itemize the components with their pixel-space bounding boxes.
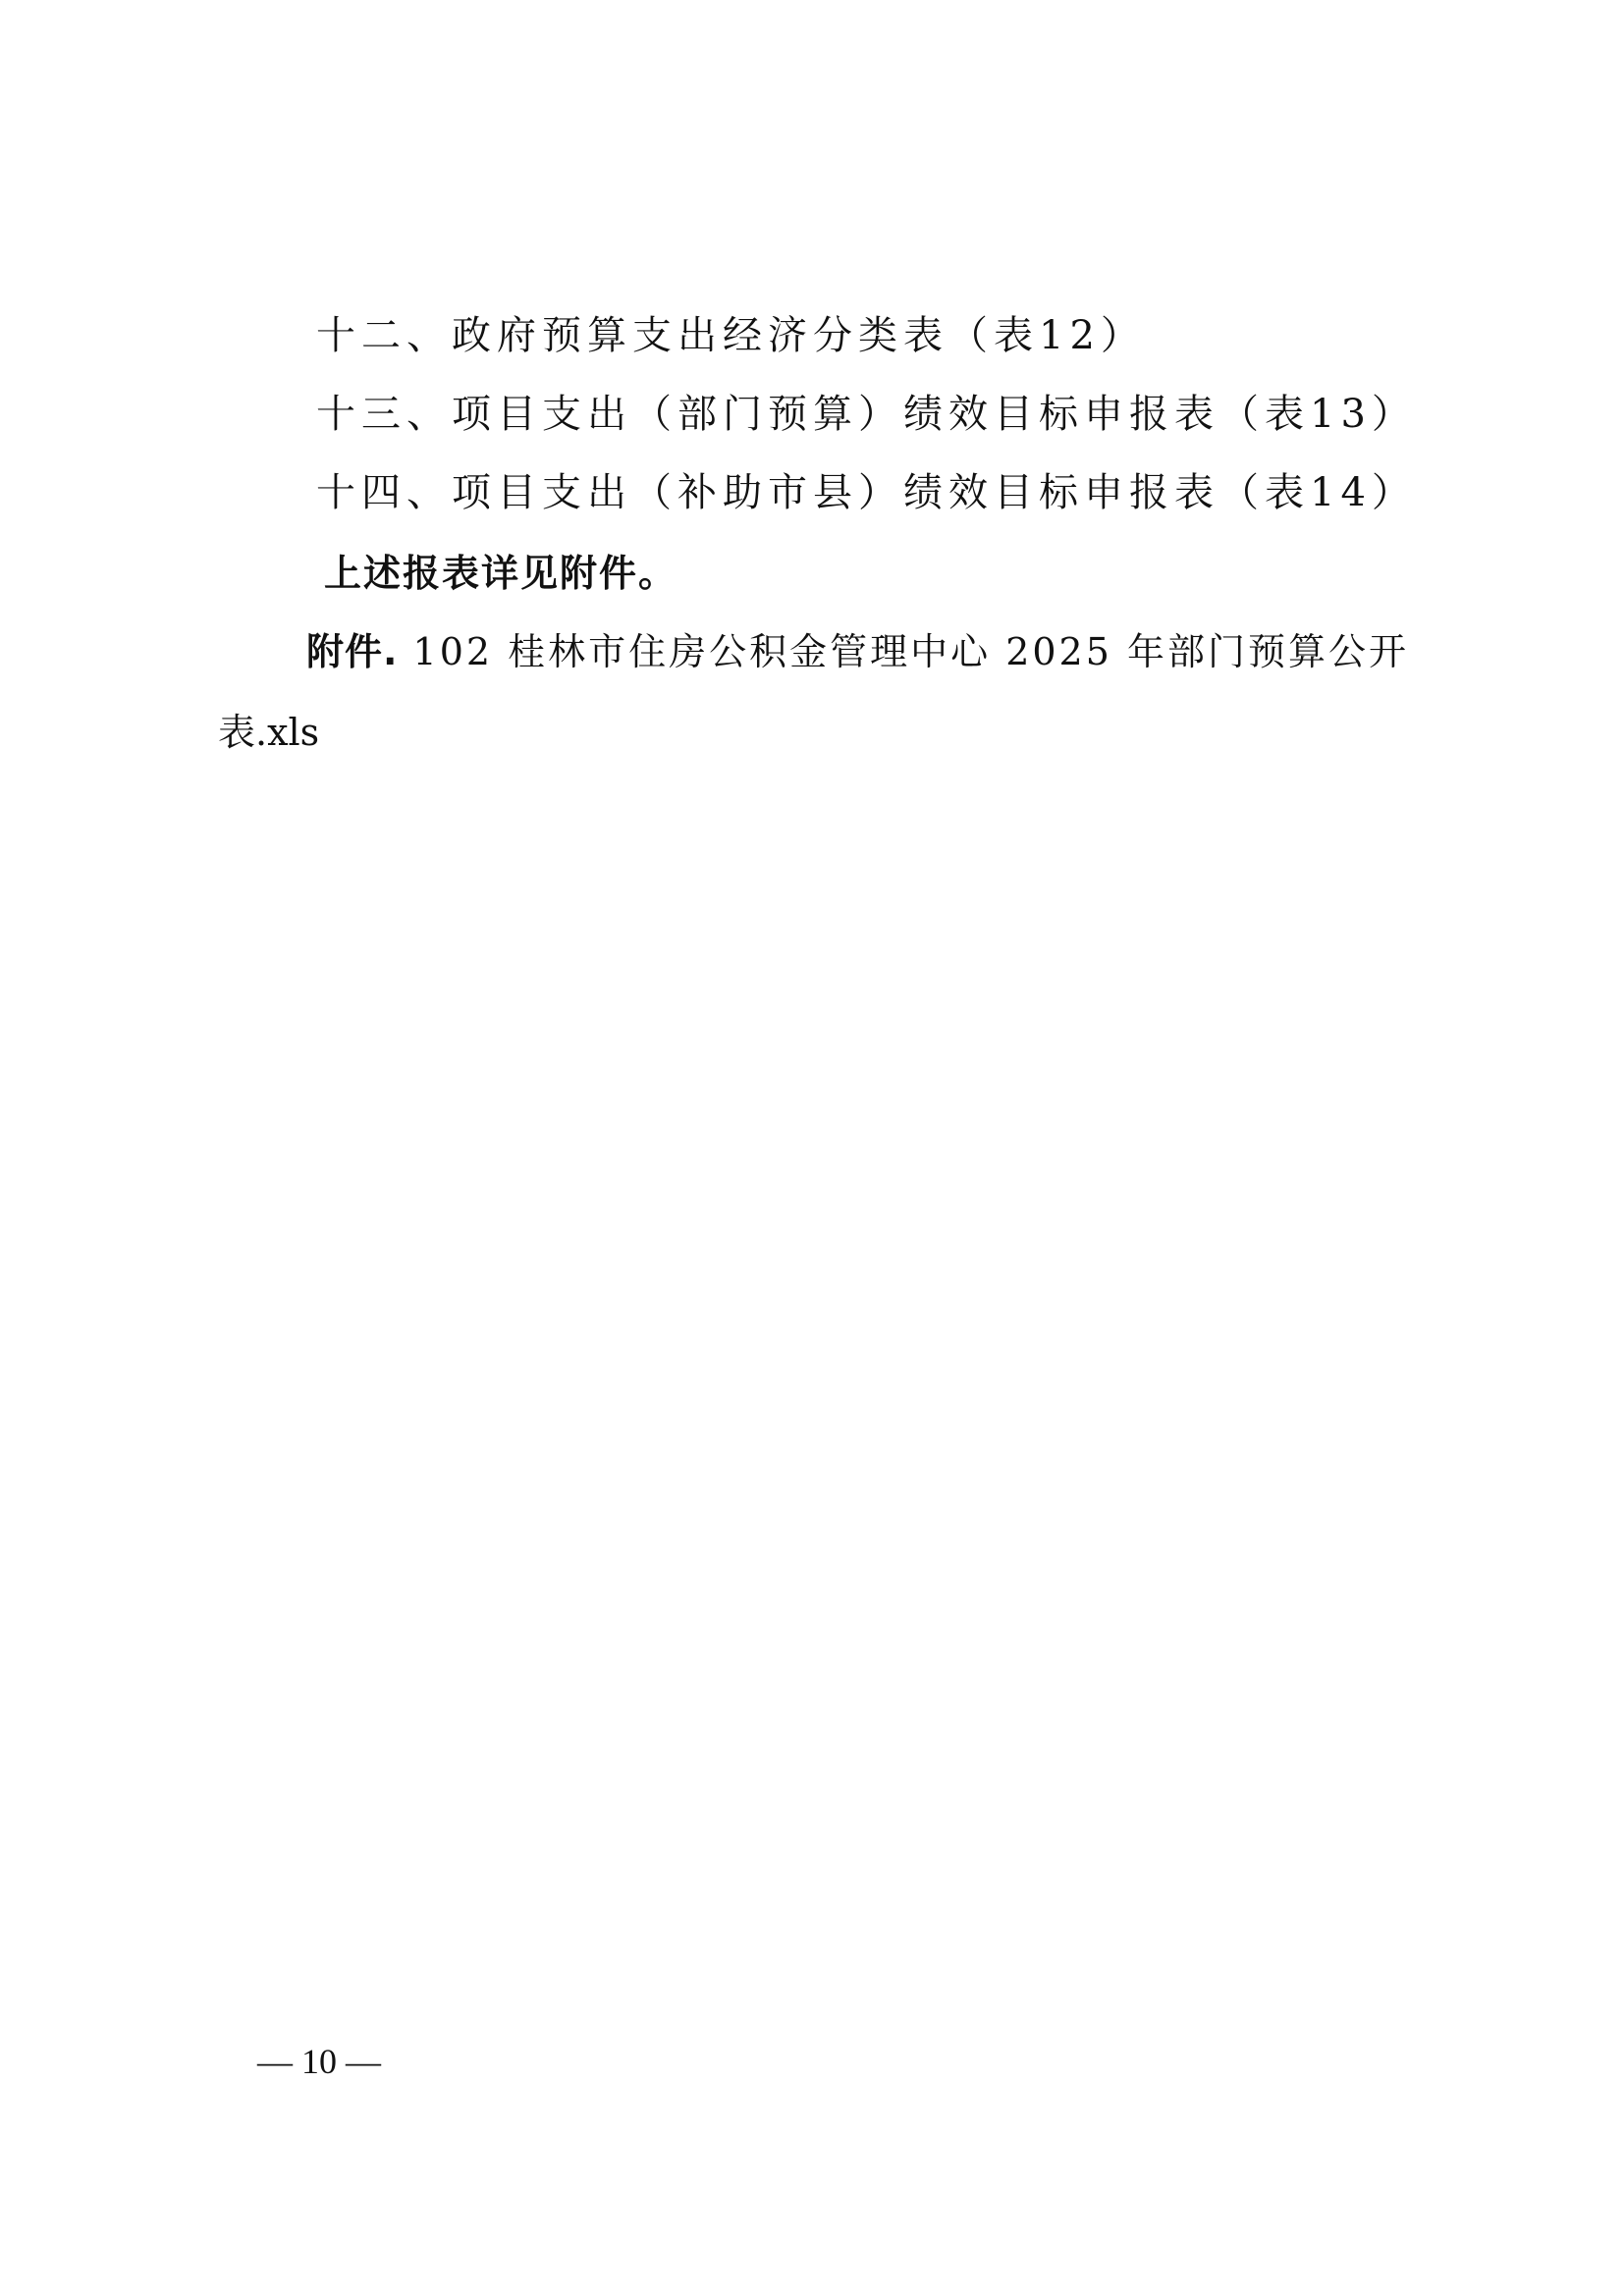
list-text: 项目支出（部门预算）绩效目标申报表（表13）: [452, 392, 1417, 437]
list-text: 项目支出（补助市县）绩效目标申报表（表14）: [452, 470, 1417, 515]
list-number: 十三、: [316, 392, 452, 437]
list-item: 十三、项目支出（部门预算）绩效目标申报表（表13）: [316, 391, 1417, 438]
list-number: 十二、: [316, 313, 452, 358]
page-number: — 10 —: [257, 2040, 381, 2083]
list-number: 十四、: [316, 470, 452, 515]
attachment-link-continued[interactable]: 表.xls: [218, 709, 319, 756]
attachment-line: 附件. 102 桂林市住房公积金管理中心 2025 年部门预算公开: [306, 628, 1409, 675]
attachment-label: 附件.: [306, 630, 398, 673]
list-item: 十四、项目支出（补助市县）绩效目标申报表（表14）: [316, 469, 1417, 516]
list-text: 政府预算支出经济分类表（表12）: [452, 313, 1146, 358]
attachment-link[interactable]: 102 桂林市住房公积金管理中心 2025 年部门预算公开: [398, 630, 1409, 673]
note-text: 上述报表详见附件。: [324, 550, 677, 597]
list-item: 十二、政府预算支出经济分类表（表12）: [316, 312, 1146, 359]
